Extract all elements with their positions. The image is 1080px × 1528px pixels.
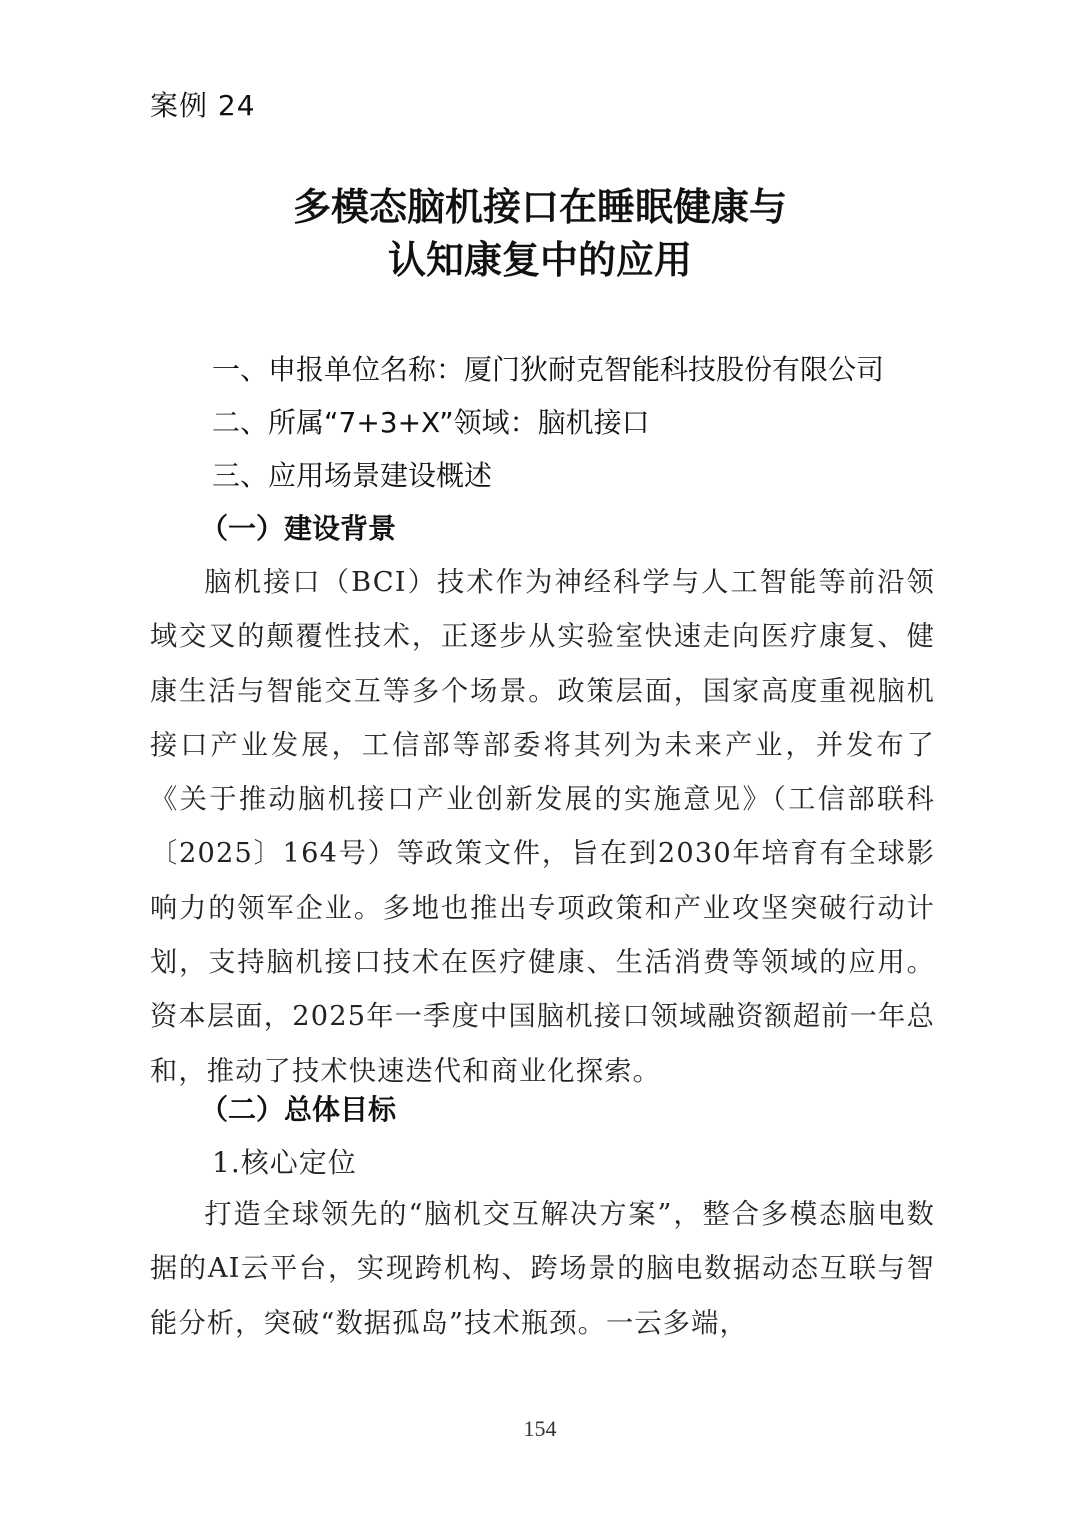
case-label: 案例 24	[150, 84, 256, 124]
page-number: 154	[0, 1416, 1080, 1442]
document-title-line-2: 认知康复中的应用	[0, 233, 1080, 287]
section-field: 二、所属“7+3+X”领域：脑机接口	[212, 403, 650, 443]
section-applicant-label: 一、申报单位名称：	[212, 353, 464, 386]
subsection-goals-heading: （二）总体目标	[200, 1090, 396, 1130]
goals-item-core-positioning: 1.核心定位	[212, 1143, 357, 1183]
section-applicant: 一、申报单位名称：厦门狄耐克智能科技股份有限公司	[212, 350, 884, 390]
section-applicant-value: 厦门狄耐克智能科技股份有限公司	[464, 353, 884, 386]
section-field-label: 二、所属“7+3+X”领域：	[212, 406, 538, 439]
section-overview-label: 三、应用场景建设概述	[212, 459, 492, 492]
document-page: 案例 24 多模态脑机接口在睡眠健康与 认知康复中的应用 一、申报单位名称：厦门…	[0, 0, 1080, 1528]
goals-paragraph: 打造全球领先的“脑机交互解决方案”，整合多模态脑电数据的AI云平台，实现跨机构、…	[150, 1188, 935, 1351]
section-field-value: 脑机接口	[538, 406, 650, 439]
document-title-line-1: 多模态脑机接口在睡眠健康与	[0, 180, 1080, 234]
section-overview: 三、应用场景建设概述	[212, 456, 492, 496]
background-paragraph: 脑机接口（BCI）技术作为神经科学与人工智能等前沿领域交叉的颠覆性技术，正逐步从…	[150, 556, 935, 1099]
subsection-background-heading: （一）建设背景	[200, 509, 396, 549]
